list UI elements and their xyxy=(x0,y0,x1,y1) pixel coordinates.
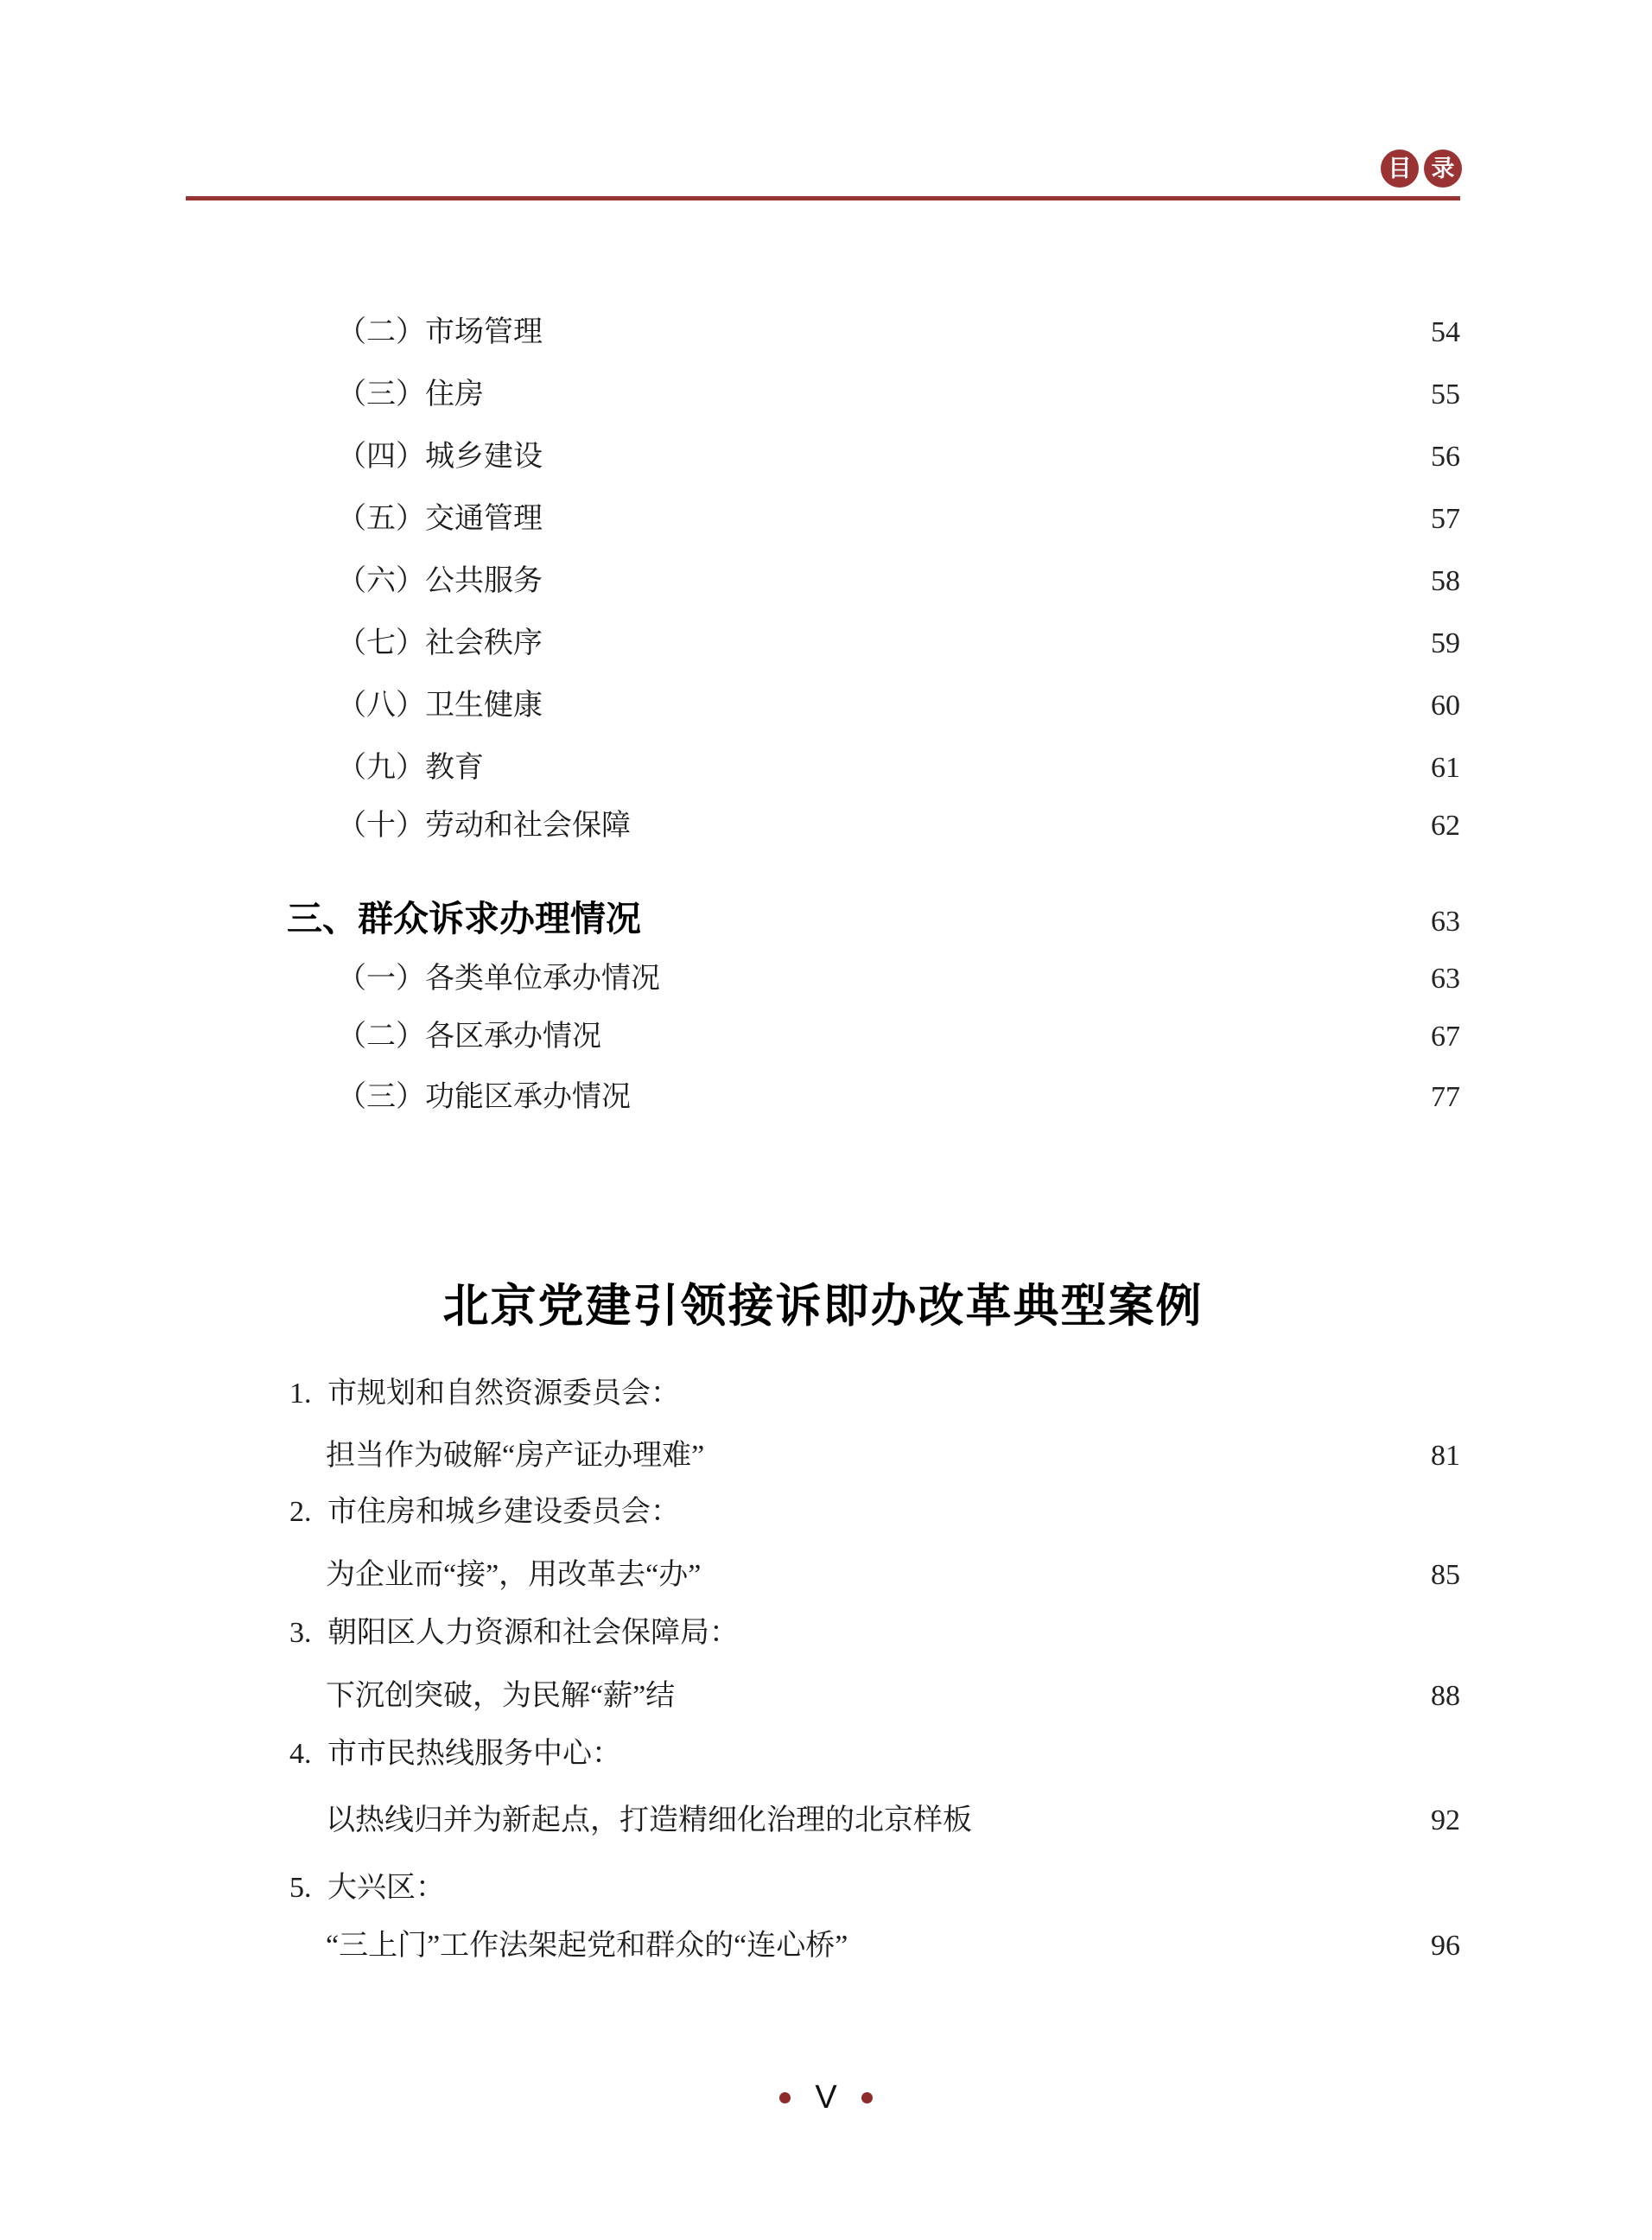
case-entry-line2: 以热线归并为新起点，打造精细化治理的北京样板 92 xyxy=(186,1800,1460,1842)
toc-row: （七）社会秩序 59 xyxy=(186,623,1460,665)
toc-entry-label: （七）社会秩序 xyxy=(186,623,543,665)
toc-row: （五）交通管理 57 xyxy=(186,499,1460,540)
toc-entry-label: （三）住房 xyxy=(186,374,484,416)
toc-row: （十）劳动和社会保障 62 xyxy=(186,805,1460,847)
toc-row: （一）各类单位承办情况 63 xyxy=(186,958,1460,1000)
case-entry-line1: 3. 朝阳区人力资源和社会保障局： xyxy=(186,1613,1460,1654)
toc-entry-page: 67 xyxy=(1431,1016,1460,1058)
case-page: 85 xyxy=(1431,1555,1460,1596)
case-entry-line2: 为企业而“接”，用改革去“办” 85 xyxy=(186,1555,1460,1596)
toc-row: （二）市场管理 54 xyxy=(186,312,1460,353)
case-org: 朝阳区人力资源和社会保障局： xyxy=(327,1613,739,1654)
case-org: 市住房和城乡建设委员会： xyxy=(327,1492,680,1533)
toc-entry-page: 55 xyxy=(1431,374,1460,416)
toc-entry-label: （十）劳动和社会保障 xyxy=(186,805,631,847)
case-title: 下沉创突破，为民解“薪”结 xyxy=(326,1676,675,1717)
case-page: 81 xyxy=(1431,1435,1460,1477)
toc-entry-page: 60 xyxy=(1431,685,1460,727)
case-entry-line1: 2. 市住房和城乡建设委员会： xyxy=(186,1492,1460,1533)
toc-row: （三）住房 55 xyxy=(186,374,1460,416)
case-title: 以热线归并为新起点，打造精细化治理的北京样板 xyxy=(326,1800,972,1842)
toc-entry-page: 57 xyxy=(1431,499,1460,540)
toc-entry-label: （一）各类单位承办情况 xyxy=(186,958,660,1000)
toc-entry-label: （二）市场管理 xyxy=(186,312,543,353)
case-entry-line2: 担当作为破解“房产证办理难” 81 xyxy=(186,1435,1460,1477)
toc-row: （二）各区承办情况 67 xyxy=(186,1016,1460,1058)
toc-page: 目 录 （二）市场管理 54 （三）住房 55 （四）城乡建设 56 （五）交通… xyxy=(0,0,1652,2240)
case-entry-line2: “三上门”工作法架起党和群众的“连心桥” 96 xyxy=(186,1925,1460,1967)
case-number: 3. xyxy=(289,1613,327,1654)
toc-entry-label: （二）各区承办情况 xyxy=(186,1016,601,1058)
case-page: 92 xyxy=(1431,1800,1460,1842)
toc-entry-page: 63 xyxy=(1431,958,1460,1000)
toc-entry-page: 77 xyxy=(1431,1077,1460,1118)
case-number: 2. xyxy=(289,1492,327,1533)
case-number: 5. xyxy=(289,1868,327,1909)
toc-entry-page: 61 xyxy=(1431,748,1460,789)
toc-entry-page: 58 xyxy=(1431,561,1460,602)
toc-entry-page: 63 xyxy=(1431,901,1460,943)
case-entry-line1: 5. 大兴区： xyxy=(186,1868,1460,1909)
case-title: 担当作为破解“房产证办理难” xyxy=(326,1435,704,1477)
toc-entry-label: （九）教育 xyxy=(186,748,484,789)
toc-entry-page: 54 xyxy=(1431,312,1460,353)
footer-dot-icon xyxy=(861,2092,873,2103)
toc-row: （六）公共服务 58 xyxy=(186,561,1460,602)
toc-entry-label: （五）交通管理 xyxy=(186,499,543,540)
case-number: 4. xyxy=(289,1734,327,1775)
toc-entry-label: （八）卫生健康 xyxy=(186,685,543,727)
toc-row: （四）城乡建设 56 xyxy=(186,436,1460,478)
case-page: 88 xyxy=(1431,1676,1460,1717)
case-entry-line1: 4. 市市民热线服务中心： xyxy=(186,1734,1460,1775)
toc-entry-label: （六）公共服务 xyxy=(186,561,543,602)
toc-row: （三）功能区承办情况 77 xyxy=(186,1077,1460,1118)
toc-entry-page: 62 xyxy=(1431,805,1460,847)
case-number: 1. xyxy=(289,1373,327,1415)
toc-section-label: 三、群众诉求办理情况 xyxy=(186,898,641,939)
case-title: “三上门”工作法架起党和群众的“连心桥” xyxy=(326,1925,848,1967)
toc-section-row: 三、群众诉求办理情况 63 xyxy=(186,898,1460,943)
case-entry-line1: 1. 市规划和自然资源委员会： xyxy=(186,1373,1460,1415)
footer-dot-icon xyxy=(779,2092,791,2103)
case-title: 为企业而“接”，用改革去“办” xyxy=(326,1555,701,1596)
toc-entry-page: 59 xyxy=(1431,623,1460,665)
case-entry-line2: 下沉创突破，为民解“薪”结 88 xyxy=(186,1676,1460,1717)
case-org: 市市民热线服务中心： xyxy=(327,1734,621,1775)
toc-entry-page: 56 xyxy=(1431,436,1460,478)
case-org: 大兴区： xyxy=(327,1868,445,1909)
cases-section-title: 北京党建引领接诉即办改革典型案例 xyxy=(186,1281,1460,1333)
toc-content: （二）市场管理 54 （三）住房 55 （四）城乡建设 56 （五）交通管理 5… xyxy=(186,0,1460,2240)
toc-row: （九）教育 61 xyxy=(186,748,1460,789)
case-org: 市规划和自然资源委员会： xyxy=(327,1373,680,1415)
case-page: 96 xyxy=(1431,1925,1460,1967)
toc-entry-label: （四）城乡建设 xyxy=(186,436,543,478)
footer-roman-numeral: V xyxy=(815,2081,836,2114)
footer-page-number: V xyxy=(0,2081,1652,2114)
toc-entry-label: （三）功能区承办情况 xyxy=(186,1077,631,1118)
toc-row: （八）卫生健康 60 xyxy=(186,685,1460,727)
